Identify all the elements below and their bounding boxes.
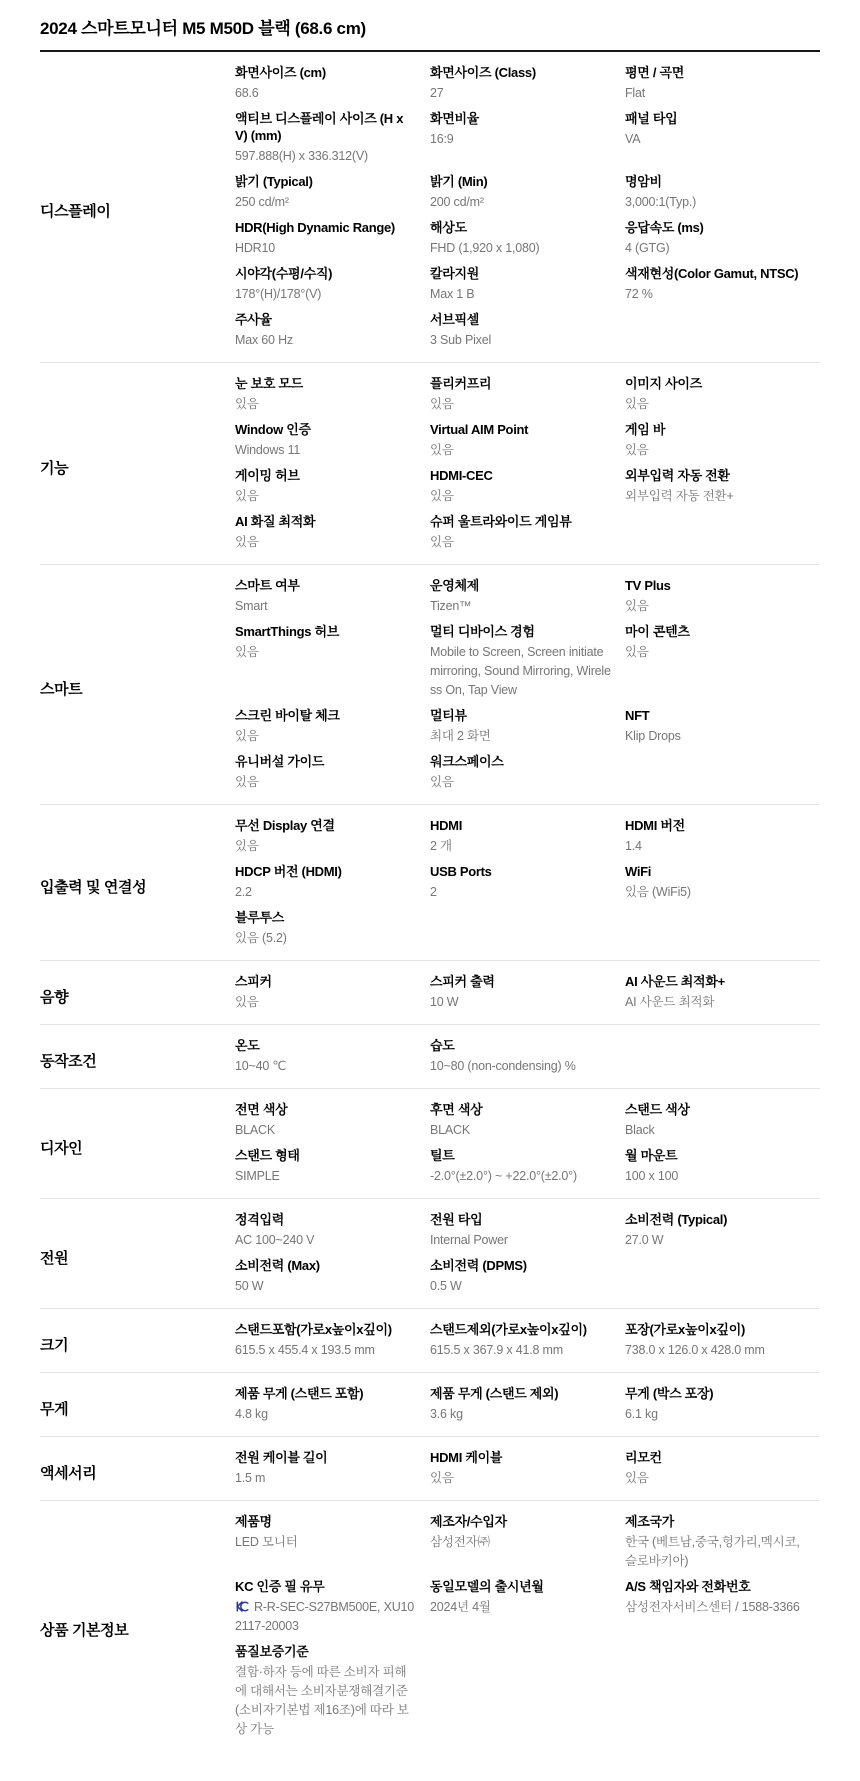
spec-item-value-text: 16:9 bbox=[430, 132, 454, 146]
spec-item-value: 6.1 kg bbox=[625, 1405, 806, 1424]
spec-item-label: 색재현성(Color Gamut, NTSC) bbox=[625, 265, 806, 282]
spec-section: 디스플레이 화면사이즈 (cm) 68.6 화면사이즈 (Class) 27 평… bbox=[40, 52, 820, 363]
spec-item: 제품 무게 (스탠드 제외) 3.6 kg bbox=[430, 1385, 625, 1431]
section-label: 액세서리 bbox=[40, 1449, 235, 1495]
spec-item-value-text: Tizen™ bbox=[430, 599, 471, 613]
spec-item-value-text: Black bbox=[625, 1123, 655, 1137]
spec-item-label: 전면 색상 bbox=[235, 1101, 416, 1118]
spec-row: 주사율 Max 60 Hz 서브픽셀 3 Sub Pixel bbox=[235, 311, 820, 357]
spec-item-label: 서브픽셀 bbox=[430, 311, 611, 328]
spec-item-label: 해상도 bbox=[430, 219, 611, 236]
spec-item-value: 있음 bbox=[235, 395, 416, 414]
spec-item-value: 있음 bbox=[625, 1469, 806, 1488]
spec-item: 동일모델의 출시년월 2024년 4월 bbox=[430, 1578, 625, 1624]
spec-item: 스탠드 형태 SIMPLE bbox=[235, 1147, 430, 1193]
spec-item-value: 2.2 bbox=[235, 883, 416, 902]
spec-item: 온도 10~40 ℃ bbox=[235, 1037, 430, 1083]
spec-item-value-text: 3.6 kg bbox=[430, 1407, 463, 1421]
spec-item-value-text: 있음 bbox=[430, 775, 454, 789]
spec-item-label: 무게 (박스 포장) bbox=[625, 1385, 806, 1402]
spec-item-label: 화면사이즈 (Class) bbox=[430, 64, 611, 81]
spec-item-label: 눈 보호 모드 bbox=[235, 375, 416, 392]
spec-item-value-text: 27 bbox=[430, 86, 444, 100]
spec-item-label: 습도 bbox=[430, 1037, 611, 1054]
spec-item: HDMI 버전 1.4 bbox=[625, 817, 820, 863]
spec-item-label: WiFi bbox=[625, 863, 806, 880]
spec-item-value: LED 모니터 bbox=[235, 1533, 416, 1552]
spec-item-value: 27 bbox=[430, 84, 611, 103]
spec-row: 소비전력 (Max) 50 W 소비전력 (DPMS) 0.5 W bbox=[235, 1257, 820, 1303]
spec-item-label: AI 사운드 최적화+ bbox=[625, 973, 806, 990]
spec-item-value-text: 1.4 bbox=[625, 839, 642, 853]
spec-item: 이미지 사이즈 있음 bbox=[625, 375, 820, 421]
spec-item: HDCP 버전 (HDMI) 2.2 bbox=[235, 863, 430, 909]
spec-item-value: BLACK bbox=[430, 1121, 611, 1140]
section-body: 눈 보호 모드 있음 플리커프리 있음 이미지 사이즈 있음 Window 인증… bbox=[235, 375, 820, 559]
spec-row: 화면사이즈 (cm) 68.6 화면사이즈 (Class) 27 평면 / 곡면… bbox=[235, 64, 820, 110]
spec-item: 스탠드 색상 Black bbox=[625, 1101, 820, 1147]
spec-item-value: 178°(H)/178°(V) bbox=[235, 285, 416, 304]
spec-item-value-text: HDR10 bbox=[235, 241, 275, 255]
section-body: 정격입력 AC 100~240 V 전원 타입 Internal Power 소… bbox=[235, 1211, 820, 1303]
spec-item-value: 4.8 kg bbox=[235, 1405, 416, 1424]
spec-item: 스피커 있음 bbox=[235, 973, 430, 1019]
spec-item-value-text: 있음 bbox=[235, 489, 259, 503]
section-body: 무선 Display 연결 있음 HDMI 2 개 HDMI 버전 1.4 HD… bbox=[235, 817, 820, 955]
section-body: 온도 10~40 ℃ 습도 10~80 (non-condensing) % bbox=[235, 1037, 820, 1083]
spec-item-value-text: 597.888(H) x 336.312(V) bbox=[235, 149, 368, 163]
spec-item-label: HDCP 버전 (HDMI) bbox=[235, 863, 416, 880]
spec-item-value-text: 있음 bbox=[235, 995, 259, 1009]
spec-item: HDMI 케이블 있음 bbox=[430, 1449, 625, 1495]
spec-row: 게이밍 허브 있음 HDMI-CEC 있음 외부입력 자동 전환 외부입력 자동… bbox=[235, 467, 820, 513]
spec-item-label: 월 마운트 bbox=[625, 1147, 806, 1164]
spec-item-label: HDMI-CEC bbox=[430, 467, 611, 484]
spec-section: 상품 기본정보 제품명 LED 모니터 제조자/수입자 삼성전자㈜ 제조국가 한… bbox=[40, 1501, 820, 1751]
spec-item-value: 있음 (WiFi5) bbox=[625, 883, 806, 902]
spec-item-label: Virtual AIM Point bbox=[430, 421, 611, 438]
spec-item-value-text: AI 사운드 최적화 bbox=[625, 995, 714, 1009]
spec-item-value: 최대 2 화면 bbox=[430, 727, 611, 746]
spec-item-value: 있음 bbox=[235, 643, 416, 662]
spec-item: 소비전력 (DPMS) 0.5 W bbox=[430, 1257, 625, 1303]
spec-item-value-text: Smart bbox=[235, 599, 267, 613]
spec-item: 블루투스 있음 (5.2) bbox=[235, 909, 430, 955]
spec-item: 전원 타입 Internal Power bbox=[430, 1211, 625, 1257]
spec-item-label: HDMI 케이블 bbox=[430, 1449, 611, 1466]
spec-section: 스마트 스마트 여부 Smart 운영체제 Tizen™ TV Plus 있음 … bbox=[40, 565, 820, 805]
spec-item-label: 스탠드포함(가로x높이x깊이) bbox=[235, 1321, 416, 1338]
spec-item-value-text: 50 W bbox=[235, 1279, 263, 1293]
section-label: 크기 bbox=[40, 1321, 235, 1367]
spec-item-label: 제조자/수입자 bbox=[430, 1513, 611, 1530]
spec-item: 스탠드제외(가로x높이x깊이) 615.5 x 367.9 x 41.8 mm bbox=[430, 1321, 625, 1367]
spec-item-value-text: 있음 bbox=[625, 599, 649, 613]
section-label: 무게 bbox=[40, 1385, 235, 1431]
spec-item-label: 전원 케이블 길이 bbox=[235, 1449, 416, 1466]
spec-item-value: 있음 bbox=[625, 441, 806, 460]
section-label: 스마트 bbox=[40, 577, 235, 799]
spec-item-label: 품질보증기준 bbox=[235, 1643, 416, 1660]
spec-item-value-text: 10~40 ℃ bbox=[235, 1059, 286, 1073]
spec-item-value-text: 27.0 W bbox=[625, 1233, 663, 1247]
spec-item-value: 있음 bbox=[625, 597, 806, 616]
spec-item-value: 1.5 m bbox=[235, 1469, 416, 1488]
spec-item-label: 마이 콘텐츠 bbox=[625, 623, 806, 640]
spec-item-value-text: 10 W bbox=[430, 995, 458, 1009]
spec-item-value: 있음 bbox=[235, 533, 416, 552]
spec-row: 시야각(수평/수직) 178°(H)/178°(V) 칼라지원 Max 1 B … bbox=[235, 265, 820, 311]
spec-item-label: 액티브 디스플레이 사이즈 (H x V) (mm) bbox=[235, 110, 416, 144]
spec-item-label: NFT bbox=[625, 707, 806, 724]
spec-item-value-text: 6.1 kg bbox=[625, 1407, 658, 1421]
spec-item-value: 10 W bbox=[430, 993, 611, 1012]
spec-item-value: Windows 11 bbox=[235, 441, 416, 460]
spec-item-value: VA bbox=[625, 130, 806, 149]
section-label: 동작조건 bbox=[40, 1037, 235, 1083]
spec-section: 전원 정격입력 AC 100~240 V 전원 타입 Internal Powe… bbox=[40, 1199, 820, 1309]
spec-item: 무게 (박스 포장) 6.1 kg bbox=[625, 1385, 820, 1431]
spec-item-label: 포장(가로x높이x깊이) bbox=[625, 1321, 806, 1338]
spec-item-label: 제품명 bbox=[235, 1513, 416, 1530]
spec-item-value: 2024년 4월 bbox=[430, 1598, 611, 1617]
spec-item: 응답속도 (ms) 4 (GTG) bbox=[625, 219, 820, 265]
spec-item: USB Ports 2 bbox=[430, 863, 625, 909]
spec-item-label: 틸트 bbox=[430, 1147, 611, 1164]
section-body: 스탠드포함(가로x높이x깊이) 615.5 x 455.4 x 193.5 mm… bbox=[235, 1321, 820, 1367]
spec-item-value: Klip Drops bbox=[625, 727, 806, 746]
spec-item-value: 72 % bbox=[625, 285, 806, 304]
spec-item-value: FHD (1,920 x 1,080) bbox=[430, 239, 611, 258]
spec-item-label: 유니버설 가이드 bbox=[235, 753, 416, 770]
spec-item-value-text: LED 모니터 bbox=[235, 1535, 298, 1549]
spec-item: NFT Klip Drops bbox=[625, 707, 820, 753]
spec-item-label: 전원 타입 bbox=[430, 1211, 611, 1228]
spec-item-value: 250 cd/m² bbox=[235, 193, 416, 212]
spec-item-value: 있음 (5.2) bbox=[235, 929, 416, 948]
spec-item-value-text: Flat bbox=[625, 86, 645, 100]
spec-item-label: 슈퍼 울트라와이드 게임뷰 bbox=[430, 513, 611, 530]
spec-item-value-text: R-R-SEC-S27BM500E, XU102117-20003 bbox=[235, 1600, 414, 1633]
spec-item-value-text: VA bbox=[625, 132, 640, 146]
spec-item-value: AI 사운드 최적화 bbox=[625, 993, 806, 1012]
spec-item: 시야각(수평/수직) 178°(H)/178°(V) bbox=[235, 265, 430, 311]
spec-item-value-text: Klip Drops bbox=[625, 729, 681, 743]
spec-item-value: 있음 bbox=[235, 773, 416, 792]
spec-section: 액세서리 전원 케이블 길이 1.5 m HDMI 케이블 있음 리모컨 있음 bbox=[40, 1437, 820, 1501]
spec-item-value-text: 있음 bbox=[625, 645, 649, 659]
spec-item-value: 10~80 (non-condensing) % bbox=[430, 1057, 611, 1076]
spec-item-label: 외부입력 자동 전환 bbox=[625, 467, 806, 484]
spec-item: 밝기 (Typical) 250 cd/m² bbox=[235, 173, 430, 219]
spec-item-value-text: 615.5 x 367.9 x 41.8 mm bbox=[430, 1343, 563, 1357]
spec-sections: 디스플레이 화면사이즈 (cm) 68.6 화면사이즈 (Class) 27 평… bbox=[40, 52, 820, 1751]
spec-item-label: 스피커 출력 bbox=[430, 973, 611, 990]
spec-item: 화면사이즈 (cm) 68.6 bbox=[235, 64, 430, 110]
spec-item: 월 마운트 100 x 100 bbox=[625, 1147, 820, 1193]
section-body: 제품 무게 (스탠드 포함) 4.8 kg 제품 무게 (스탠드 제외) 3.6… bbox=[235, 1385, 820, 1431]
spec-item-value: 있음 bbox=[625, 643, 806, 662]
spec-item-label: 플리커프리 bbox=[430, 375, 611, 392]
spec-item-value-text: 있음 bbox=[430, 443, 454, 457]
spec-item: 마이 콘텐츠 있음 bbox=[625, 623, 820, 669]
spec-row: HDCP 버전 (HDMI) 2.2 USB Ports 2 WiFi 있음 (… bbox=[235, 863, 820, 909]
spec-item-value: 597.888(H) x 336.312(V) bbox=[235, 147, 416, 166]
spec-item-label: 스크린 바이탈 체크 bbox=[235, 707, 416, 724]
spec-item: 화면사이즈 (Class) 27 bbox=[430, 64, 625, 110]
spec-item: Virtual AIM Point 있음 bbox=[430, 421, 625, 467]
spec-item-label: SmartThings 허브 bbox=[235, 623, 416, 640]
spec-item-value-text: Max 60 Hz bbox=[235, 333, 293, 347]
spec-item-value: R-R-SEC-S27BM500E, XU102117-20003 bbox=[235, 1598, 416, 1636]
spec-row: 전면 색상 BLACK 후면 색상 BLACK 스탠드 색상 Black bbox=[235, 1101, 820, 1147]
spec-item-label: 명암비 bbox=[625, 173, 806, 190]
section-body: 스마트 여부 Smart 운영체제 Tizen™ TV Plus 있음 Smar… bbox=[235, 577, 820, 799]
spec-item-value: HDR10 bbox=[235, 239, 416, 258]
spec-item-label: Window 인증 bbox=[235, 421, 416, 438]
spec-item-label: 스탠드 색상 bbox=[625, 1101, 806, 1118]
spec-item-label: 시야각(수평/수직) bbox=[235, 265, 416, 282]
spec-item-value-text: 2024년 4월 bbox=[430, 1600, 491, 1614]
spec-item-value-text: SIMPLE bbox=[235, 1169, 280, 1183]
spec-item: 습도 10~80 (non-condensing) % bbox=[430, 1037, 625, 1083]
spec-item-value: 3.6 kg bbox=[430, 1405, 611, 1424]
spec-row: 온도 10~40 ℃ 습도 10~80 (non-condensing) % bbox=[235, 1037, 820, 1083]
spec-item-value-text: 4.8 kg bbox=[235, 1407, 268, 1421]
spec-item-label: AI 화질 최적화 bbox=[235, 513, 416, 530]
spec-row: 스탠드포함(가로x높이x깊이) 615.5 x 455.4 x 193.5 mm… bbox=[235, 1321, 820, 1367]
spec-item-value-text: 삼성전자㈜ bbox=[430, 1535, 490, 1549]
spec-item: 외부입력 자동 전환 외부입력 자동 전환+ bbox=[625, 467, 820, 513]
spec-row: 스크린 바이탈 체크 있음 멀티뷰 최대 2 화면 NFT Klip Drops bbox=[235, 707, 820, 753]
spec-item-value: 삼성전자㈜ bbox=[430, 1533, 611, 1552]
spec-item-value: 있음 bbox=[430, 487, 611, 506]
spec-item-value-text: 있음 bbox=[430, 535, 454, 549]
spec-item-value-text: Internal Power bbox=[430, 1233, 508, 1247]
spec-item-value-text: 738.0 x 126.0 x 428.0 mm bbox=[625, 1343, 765, 1357]
spec-item-label: 스탠드제외(가로x높이x깊이) bbox=[430, 1321, 611, 1338]
spec-row: 무선 Display 연결 있음 HDMI 2 개 HDMI 버전 1.4 bbox=[235, 817, 820, 863]
spec-item-value: 있음 bbox=[625, 395, 806, 414]
spec-item: HDR(High Dynamic Range) HDR10 bbox=[235, 219, 430, 265]
spec-item-value-text: 있음 (5.2) bbox=[235, 931, 287, 945]
spec-item-label: 운영체제 bbox=[430, 577, 611, 594]
spec-item: 눈 보호 모드 있음 bbox=[235, 375, 430, 421]
spec-item: 제조자/수입자 삼성전자㈜ bbox=[430, 1513, 625, 1559]
spec-row: 품질보증기준 결함·하자 등에 따른 소비자 피해에 대해서는 소비자분쟁해결기… bbox=[235, 1643, 820, 1746]
spec-item-value: 738.0 x 126.0 x 428.0 mm bbox=[625, 1341, 806, 1360]
spec-row: 제품명 LED 모니터 제조자/수입자 삼성전자㈜ 제조국가 한국 (베트남,중… bbox=[235, 1513, 820, 1578]
spec-item-value: 삼성전자서비스센터 / 1588-3366 bbox=[625, 1598, 806, 1617]
spec-item-value: 3,000:1(Typ.) bbox=[625, 193, 806, 212]
spec-item-value: 있음 bbox=[235, 993, 416, 1012]
spec-item-value-text: 있음 bbox=[235, 729, 259, 743]
spec-item: 멀티뷰 최대 2 화면 bbox=[430, 707, 625, 753]
spec-item: 틸트 -2.0°(±2.0°) ~ +22.0°(±2.0°) bbox=[430, 1147, 625, 1193]
spec-item: 포장(가로x높이x깊이) 738.0 x 126.0 x 428.0 mm bbox=[625, 1321, 820, 1367]
spec-item-value-text: 있음 bbox=[235, 535, 259, 549]
spec-item-value: 615.5 x 455.4 x 193.5 mm bbox=[235, 1341, 416, 1360]
spec-item-value: Smart bbox=[235, 597, 416, 616]
spec-item: HDMI-CEC 있음 bbox=[430, 467, 625, 513]
spec-item-value: 3 Sub Pixel bbox=[430, 331, 611, 350]
spec-item-label: 온도 bbox=[235, 1037, 416, 1054]
spec-item-value-text: 최대 2 화면 bbox=[430, 729, 491, 743]
spec-section: 기능 눈 보호 모드 있음 플리커프리 있음 이미지 사이즈 있음 Window… bbox=[40, 363, 820, 565]
spec-item: 제품명 LED 모니터 bbox=[235, 1513, 430, 1559]
spec-row: 블루투스 있음 (5.2) bbox=[235, 909, 820, 955]
spec-section: 크기 스탠드포함(가로x높이x깊이) 615.5 x 455.4 x 193.5… bbox=[40, 1309, 820, 1373]
spec-item: HDMI 2 개 bbox=[430, 817, 625, 863]
section-label: 상품 기본정보 bbox=[40, 1513, 235, 1746]
spec-section: 동작조건 온도 10~40 ℃ 습도 10~80 (non-condensing… bbox=[40, 1025, 820, 1089]
spec-item-value-text: BLACK bbox=[235, 1123, 275, 1137]
spec-item-value-text: 615.5 x 455.4 x 193.5 mm bbox=[235, 1343, 375, 1357]
section-body: 전원 케이블 길이 1.5 m HDMI 케이블 있음 리모컨 있음 bbox=[235, 1449, 820, 1495]
spec-item-value: 있음 bbox=[235, 837, 416, 856]
spec-item: 액티브 디스플레이 사이즈 (H x V) (mm) 597.888(H) x … bbox=[235, 110, 430, 173]
spec-item-value: -2.0°(±2.0°) ~ +22.0°(±2.0°) bbox=[430, 1167, 611, 1186]
spec-row: 제품 무게 (스탠드 포함) 4.8 kg 제품 무게 (스탠드 제외) 3.6… bbox=[235, 1385, 820, 1431]
spec-row: 스마트 여부 Smart 운영체제 Tizen™ TV Plus 있음 bbox=[235, 577, 820, 623]
spec-item: 품질보증기준 결함·하자 등에 따른 소비자 피해에 대해서는 소비자분쟁해결기… bbox=[235, 1643, 430, 1746]
spec-item-value: 615.5 x 367.9 x 41.8 mm bbox=[430, 1341, 611, 1360]
spec-item: AI 사운드 최적화+ AI 사운드 최적화 bbox=[625, 973, 820, 1019]
spec-item: A/S 책임자와 전화번호 삼성전자서비스센터 / 1588-3366 bbox=[625, 1578, 820, 1624]
spec-item-value-text: 있음 bbox=[430, 397, 454, 411]
spec-item: 평면 / 곡면 Flat bbox=[625, 64, 820, 110]
spec-item-label: HDMI bbox=[430, 817, 611, 834]
spec-item-value: 1.4 bbox=[625, 837, 806, 856]
spec-item-value: Mobile to Screen, Screen initiate mirror… bbox=[430, 643, 611, 700]
spec-item-value-text: 72 % bbox=[625, 287, 653, 301]
spec-item: 유니버설 가이드 있음 bbox=[235, 753, 430, 799]
spec-item-value-text: Windows 11 bbox=[235, 443, 300, 457]
spec-item-label: TV Plus bbox=[625, 577, 806, 594]
spec-item-value: 10~40 ℃ bbox=[235, 1057, 416, 1076]
spec-row: 밝기 (Typical) 250 cd/m² 밝기 (Min) 200 cd/m… bbox=[235, 173, 820, 219]
spec-item-label: 소비전력 (DPMS) bbox=[430, 1257, 611, 1274]
spec-item-value: 100 x 100 bbox=[625, 1167, 806, 1186]
spec-item-label: 밝기 (Typical) bbox=[235, 173, 416, 190]
spec-item: 후면 색상 BLACK bbox=[430, 1101, 625, 1147]
section-label: 전원 bbox=[40, 1211, 235, 1303]
section-body: 스피커 있음 스피커 출력 10 W AI 사운드 최적화+ AI 사운드 최적… bbox=[235, 973, 820, 1019]
spec-item: 명암비 3,000:1(Typ.) bbox=[625, 173, 820, 219]
spec-item-value-text: 2 개 bbox=[430, 839, 452, 853]
section-body: 제품명 LED 모니터 제조자/수입자 삼성전자㈜ 제조국가 한국 (베트남,중… bbox=[235, 1513, 820, 1746]
section-label: 기능 bbox=[40, 375, 235, 559]
spec-row: 스피커 있음 스피커 출력 10 W AI 사운드 최적화+ AI 사운드 최적… bbox=[235, 973, 820, 1019]
spec-item-value: 4 (GTG) bbox=[625, 239, 806, 258]
spec-item-value-text: 3,000:1(Typ.) bbox=[625, 195, 696, 209]
spec-item-value-text: 1.5 m bbox=[235, 1471, 265, 1485]
spec-item: 색재현성(Color Gamut, NTSC) 72 % bbox=[625, 265, 820, 311]
spec-item: Window 인증 Windows 11 bbox=[235, 421, 430, 467]
spec-item-value-text: 한국 (베트남,중국,헝가리,멕시코,슬로바키아) bbox=[625, 1535, 800, 1568]
spec-item: 패널 타입 VA bbox=[625, 110, 820, 156]
spec-item-value-text: 있음 bbox=[430, 1471, 454, 1485]
section-body: 화면사이즈 (cm) 68.6 화면사이즈 (Class) 27 평면 / 곡면… bbox=[235, 64, 820, 357]
spec-item-value: AC 100~240 V bbox=[235, 1231, 416, 1250]
spec-item: 밝기 (Min) 200 cd/m² bbox=[430, 173, 625, 219]
spec-item-label: 후면 색상 bbox=[430, 1101, 611, 1118]
spec-section: 입출력 및 연결성 무선 Display 연결 있음 HDMI 2 개 HDMI… bbox=[40, 805, 820, 961]
section-label: 디스플레이 bbox=[40, 64, 235, 357]
spec-item-value-text: 0.5 W bbox=[430, 1279, 462, 1293]
spec-row: 스탠드 형태 SIMPLE 틸트 -2.0°(±2.0°) ~ +22.0°(±… bbox=[235, 1147, 820, 1193]
spec-item-value-text: 178°(H)/178°(V) bbox=[235, 287, 321, 301]
spec-item-label: A/S 책임자와 전화번호 bbox=[625, 1578, 806, 1595]
spec-item-label: 스탠드 형태 bbox=[235, 1147, 416, 1164]
spec-item: 칼라지원 Max 1 B bbox=[430, 265, 625, 311]
spec-item-label: 동일모델의 출시년월 bbox=[430, 1578, 611, 1595]
section-body: 전면 색상 BLACK 후면 색상 BLACK 스탠드 색상 Black 스탠드… bbox=[235, 1101, 820, 1193]
spec-item-value: Black bbox=[625, 1121, 806, 1140]
spec-item-value: Internal Power bbox=[430, 1231, 611, 1250]
spec-item-value-text: 결함·하자 등에 따른 소비자 피해에 대해서는 소비자분쟁해결기준(소비자기본… bbox=[235, 1665, 409, 1736]
spec-item: 해상도 FHD (1,920 x 1,080) bbox=[430, 219, 625, 265]
spec-item: 멀티 디바이스 경험 Mobile to Screen, Screen init… bbox=[430, 623, 625, 707]
spec-item-value-text: 200 cd/m² bbox=[430, 195, 484, 209]
spec-item-label: 패널 타입 bbox=[625, 110, 806, 127]
spec-item: WiFi 있음 (WiFi5) bbox=[625, 863, 820, 909]
spec-item-value: 있음 bbox=[430, 1469, 611, 1488]
spec-row: 눈 보호 모드 있음 플리커프리 있음 이미지 사이즈 있음 bbox=[235, 375, 820, 421]
page-title: 2024 스마트모니터 M5 M50D 블랙 (68.6 cm) bbox=[40, 0, 820, 52]
spec-item: 화면비율 16:9 bbox=[430, 110, 625, 156]
spec-row: 유니버설 가이드 있음 워크스페이스 있음 bbox=[235, 753, 820, 799]
spec-row: 정격입력 AC 100~240 V 전원 타입 Internal Power 소… bbox=[235, 1211, 820, 1257]
spec-item: 스마트 여부 Smart bbox=[235, 577, 430, 623]
spec-item-label: HDR(High Dynamic Range) bbox=[235, 219, 416, 236]
spec-item-value: 27.0 W bbox=[625, 1231, 806, 1250]
spec-item-value: 68.6 bbox=[235, 84, 416, 103]
spec-item-value-text: 삼성전자서비스센터 / 1588-3366 bbox=[625, 1600, 800, 1614]
spec-item-value: 결함·하자 등에 따른 소비자 피해에 대해서는 소비자분쟁해결기준(소비자기본… bbox=[235, 1663, 416, 1739]
spec-item: 서브픽셀 3 Sub Pixel bbox=[430, 311, 625, 357]
spec-section: 무게 제품 무게 (스탠드 포함) 4.8 kg 제품 무게 (스탠드 제외) … bbox=[40, 1373, 820, 1437]
spec-item-value: 있음 bbox=[430, 441, 611, 460]
spec-item-value-text: 10~80 (non-condensing) % bbox=[430, 1059, 576, 1073]
product-spec-page: 2024 스마트모니터 M5 M50D 블랙 (68.6 cm) 디스플레이 화… bbox=[0, 0, 860, 1781]
spec-item: 정격입력 AC 100~240 V bbox=[235, 1211, 430, 1257]
spec-item-label: 정격입력 bbox=[235, 1211, 416, 1228]
spec-item: 전면 색상 BLACK bbox=[235, 1101, 430, 1147]
spec-item-value: 있음 bbox=[235, 487, 416, 506]
spec-item: AI 화질 최적화 있음 bbox=[235, 513, 430, 559]
section-label: 입출력 및 연결성 bbox=[40, 817, 235, 955]
spec-section: 디자인 전면 색상 BLACK 후면 색상 BLACK 스탠드 색상 Black… bbox=[40, 1089, 820, 1199]
spec-item-value: 200 cd/m² bbox=[430, 193, 611, 212]
spec-item-value-text: BLACK bbox=[430, 1123, 470, 1137]
section-label: 디자인 bbox=[40, 1101, 235, 1193]
spec-item-value: Flat bbox=[625, 84, 806, 103]
spec-item-value-text: 있음 bbox=[625, 1471, 649, 1485]
spec-item-value-text: 4 (GTG) bbox=[625, 241, 669, 255]
spec-item: 워크스페이스 있음 bbox=[430, 753, 625, 799]
spec-item-value-text: 있음 (WiFi5) bbox=[625, 885, 691, 899]
spec-item-label: 밝기 (Min) bbox=[430, 173, 611, 190]
spec-item-value: Max 1 B bbox=[430, 285, 611, 304]
spec-item: 무선 Display 연결 있음 bbox=[235, 817, 430, 863]
spec-item: 전원 케이블 길이 1.5 m bbox=[235, 1449, 430, 1495]
spec-item-label: 제품 무게 (스탠드 포함) bbox=[235, 1385, 416, 1402]
spec-item-value-text: Max 1 B bbox=[430, 287, 474, 301]
spec-item-value-text: AC 100~240 V bbox=[235, 1233, 314, 1247]
spec-item-value: BLACK bbox=[235, 1121, 416, 1140]
spec-row: SmartThings 허브 있음 멀티 디바이스 경험 Mobile to S… bbox=[235, 623, 820, 707]
